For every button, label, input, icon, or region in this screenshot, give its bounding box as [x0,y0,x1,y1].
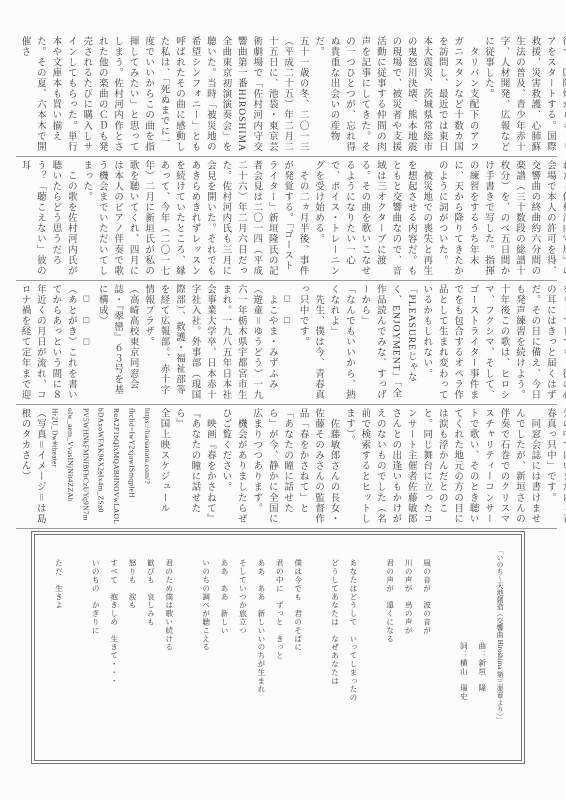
lyric-line: 歓びも 哀しみも [141,547,159,748]
lyric-line: どうしてあなたは なぜあなたは [325,547,343,748]
column-gap [436,547,454,748]
lyric-line: ただ 生きよ [49,547,67,748]
article-paragraph: （写真＝イメージ＝は島根のタカさん） [16,408,47,526]
lyrics-box: 「いのち～天地創造（交響曲 Hiroshima 第三楽章より）」 曲：新垣 隆 … [31,531,525,764]
lyric-line: ああ ああ 新しい [215,547,233,748]
article-paragraph: □ □ [279,284,294,402]
article-paragraph: olw_aem_VvasINjNlt4ZZAh [62,408,77,526]
divider-rule [16,280,557,281]
lyric-line: 君の中に ずっと きっと [270,547,288,748]
article-paragraph: Hr2U_Dw#theater [47,408,62,526]
song-composer-credit: 曲：新垣 隆 [472,547,490,748]
article-paragraph: https://haruanata.com/? [140,408,155,526]
article-paragraph: 同窓会誌には書けませんでしたが、新垣さんの伴奏で石巻でのクリスマスチャリティーコ… [341,408,542,526]
lyric-line: すべて 抱きしめ 生きて・・・ [104,547,122,748]
article-paragraph: 全国上映スケジュール [155,408,170,526]
article-paragraph: 佐藤敏郎さんの長女・佐藤そのみさんの監督作品「春をかさねて」と「あなたの瞳に話せ… [248,408,341,526]
article-paragraph: この歌を佐村河内氏が聴いたらどう思うだろう？「聴こえない」彼の耳 [16,160,78,278]
stanza-gap [178,547,196,748]
song-lyricist-credit: 詞：横山 瑞史 [454,547,472,748]
stanza-gap [362,547,380,748]
article-paragraph: 先生、僕は今、青春真っ只中です。 [294,284,325,402]
article-paragraph: その二ヵ月半後、事件が発覚する。「ゴーストライター」新垣隆氏の記者会見は二〇一四… [78,160,310,278]
divider-rule [16,156,557,157]
article-band-2: れた「佐村河内守展」の会場で本人の許可を得、交響曲の終曲約六分間の楽譜（三十数段… [16,160,566,278]
lyric-line: 僕は今でも 君のそばに [288,547,306,748]
lyric-line: 風の音が 波の音が [417,547,435,748]
lyrics-content: 「いのち～天地創造（交響曲 Hiroshima 第三楽章より）」 曲：新垣 隆 … [35,535,523,760]
divider-rule [16,528,557,529]
article-paragraph: 「なんでもいいから、熱くなれよ」 [325,284,356,402]
lyric-line: 君のため僕は歌い続ける [159,547,177,748]
lyric-line: いのちの調べが聴こえる [196,547,214,748]
article-paragraph: 「PLEASUREじゃなく、ENJOYMENT」「全作品読んでみな、すっげーから… [356,284,418,402]
article-band-4: えてしまいましたが、自分の中ではいまだに「青春真っ只中」です。 同窓会誌には書け… [16,408,566,526]
article-paragraph: □ □ □ [78,284,93,402]
stanza-gap [307,547,325,748]
stanza-gap [67,547,85,748]
article-paragraph: fbclid=IwY2xjawISmqpleH [124,408,139,526]
article-paragraph: よこやま・みずふみ [263,284,278,402]
article-paragraph: 『あなたの瞳に話せたら』 [171,408,202,526]
article-paragraph: 機会がありましたらぜひご覧ください。 [217,408,248,526]
article-paragraph: タリバン支配下のアフガニスタンなど十数カ国を訪問し、最近では東日本大震災、茨城県… [310,36,480,154]
article-paragraph: PV5WHNkFMNfBFbCzUYq9N7m [78,408,93,526]
article-paragraph: えてしまいましたが、自分の中ではいまだに「青春真っ只中」です。 [541,408,566,526]
article-band-3: をもってしても、彼の心の耳にはきっと届くはずだ。その日に備え、今日も発声練習を続… [16,284,566,402]
lyrics-box-inner-frame: 「いのち～天地創造（交響曲 Hiroshima 第三楽章より）」 曲：新垣 隆 … [34,534,522,761]
article-paragraph: RuA2F1bQIxMQABHNOVwLAOL [109,408,124,526]
article-paragraph: 月、日本赤十字社に職を得て、国際畑からキャリアをスタートする。国際救援、災害救護… [480,36,566,154]
article-paragraph: 映画『春をかさねて』 [201,408,216,526]
article-paragraph: （遊童＝ゆうどう）一九六一年栃木県宇都宮市生まれ。一九八五年日本社会事業大学卒、… [140,284,264,402]
lyric-line: 川の声が 鳥の声が [399,547,417,748]
lyric-line: あなたはどうして いってしまったの [344,547,362,748]
divider-rule [16,404,557,405]
article-paragraph: 被災地での喪失と再生を想起させる内容だ。もともと交響曲なので、音域は三オクターブ… [310,160,434,278]
lyric-line: 怒りも 涙も [123,547,141,748]
lyric-line: そしていつか旅立つ [233,547,251,748]
article-paragraph: （高崎高校東京同窓会誌・『翠巒』６３号を基に構成） [93,284,139,402]
lyric-line: 君の声が 遠くになる [380,547,398,748]
song-title: 「いのち～天地創造（交響曲 Hiroshima 第三楽章より）」 [491,547,509,748]
article-band-1: 月、日本赤十字社に職を得て、国際畑からキャリアをスタートする。国際救援、災害救護… [16,36,566,154]
lyric-line: ああ ああ 新しいいのちが生まれ [251,547,269,748]
article-paragraph: れた「佐村河内守展」の会場で本人の許可を得、交響曲の終曲約六分間の楽譜（三十数段… [433,160,566,278]
article-paragraph: bDAxoWFAK96X2eIx4m_ZSz0 [93,408,108,526]
article-paragraph: をもってしても、彼の心の耳にはきっと届くはずだ。その日に備え、今日も発声練習を続… [418,284,566,402]
lyric-line: いのちの かぎりに [86,547,104,748]
article-paragraph: （あとがき）これを書いてからあっという間に８年近くの月日が流れ、コロナ禍を経て定… [16,284,78,402]
article-paragraph: 五十一歳の冬、二〇一三（平成二十五）年二月二十五日に、池袋・東京芸術劇場で「佐村… [16,36,310,154]
article-text: 月、日本赤十字社に職を得て、国際畑からキャリアをスタートする。国際救援、災害救護… [16,36,557,532]
